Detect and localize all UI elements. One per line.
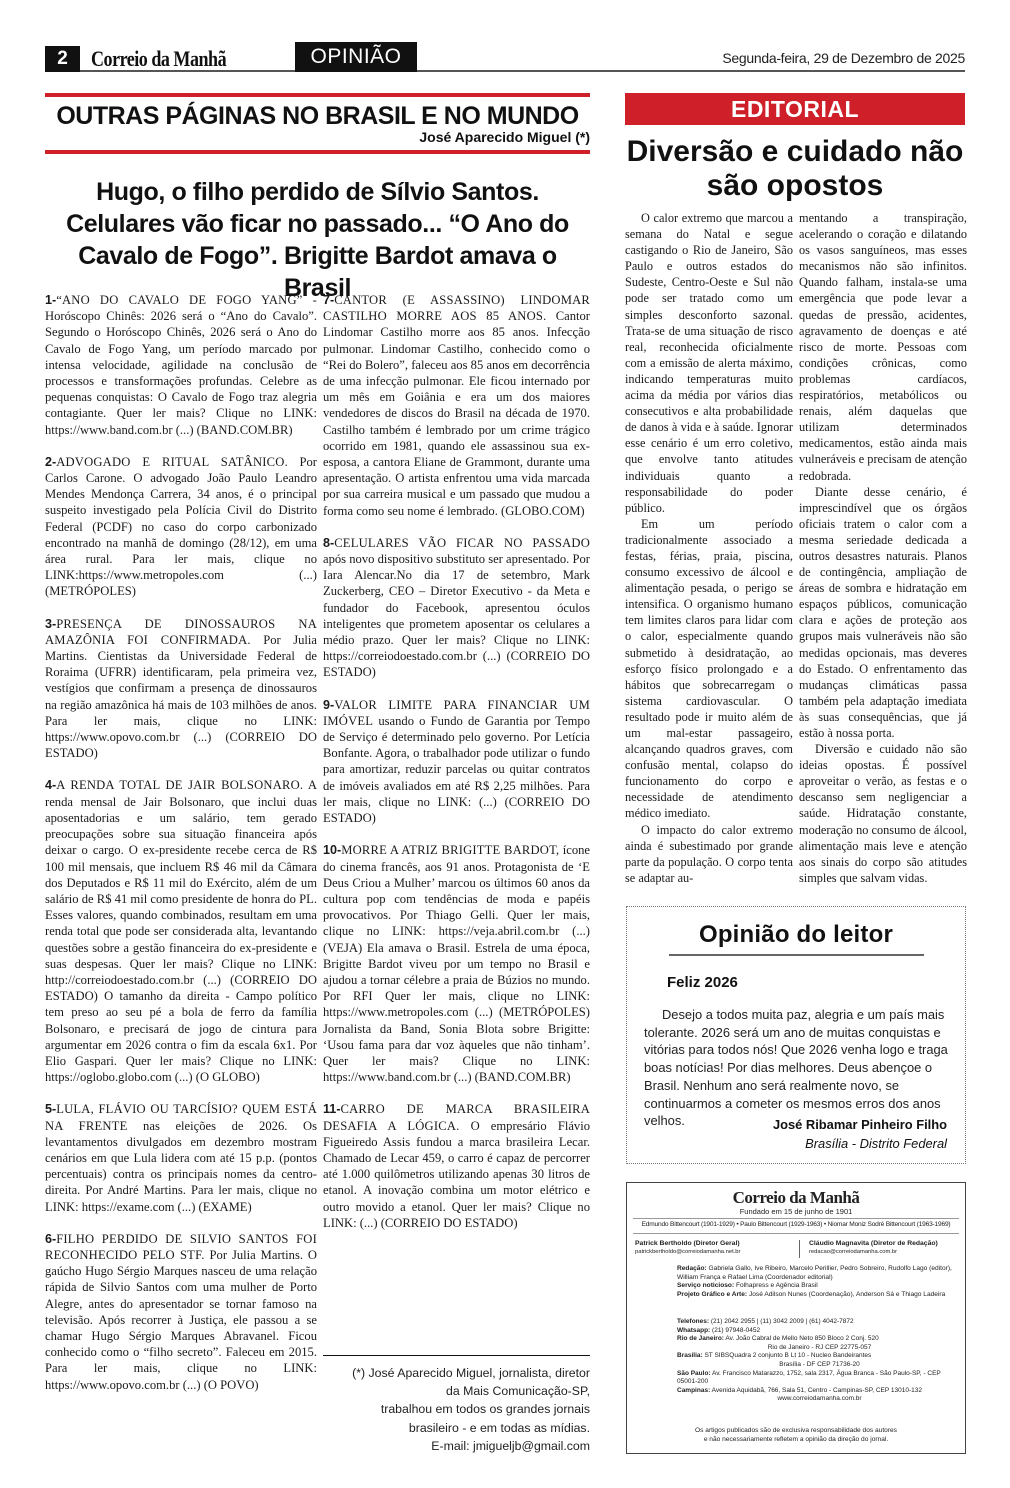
news-item-headline: Advogado e ritual satânico. xyxy=(56,455,288,469)
contact-line-text: Brasília - DF CEP 71736-20 xyxy=(779,1361,859,1368)
masthead: 2 Correio da Manhã OPINIÃO Segunda-feira… xyxy=(45,46,965,72)
letter-subject: Feliz 2026 xyxy=(667,974,738,991)
editorial-paragraph: O calor extremo que marcou a semana do N… xyxy=(625,210,793,516)
contact-line-text: Av. Francisco Matarazzo, 1752, sala 2317… xyxy=(677,1370,941,1386)
director-general: Patrick Bertholdo (Diretor Geral) patric… xyxy=(635,1239,740,1257)
news-item-headline: Celulares vão ficar no passado xyxy=(334,536,590,550)
news-item-number: 8- xyxy=(323,536,334,550)
section-tag: OPINIÃO xyxy=(295,42,417,72)
news-item-body: Horóscopo Chinês: 2026 será o “Ano do Ca… xyxy=(45,309,317,436)
news-item: 9-Valor limite para financiar um imóvel … xyxy=(323,697,590,827)
director-general-title: Patrick Bertholdo (Diretor Geral) xyxy=(635,1239,740,1248)
staff-line: Projeto Gráfico e Arte: José Adilson Nun… xyxy=(677,1291,962,1300)
news-item-number: 2- xyxy=(45,455,56,469)
news-item-number: 11- xyxy=(323,1102,341,1116)
contact-line: www.correiodamanha.com.br xyxy=(677,1395,962,1404)
disclaimer-line: e não necessariamente refletem a opinião… xyxy=(627,1435,965,1444)
contact-line-text[interactable]: www.correiodamanha.com.br xyxy=(777,1395,861,1402)
news-item: 8-Celulares vão ficar no passado após no… xyxy=(323,535,590,681)
contact-line: Telefones: (21) 2042 2955 | (11) 3042 20… xyxy=(677,1318,962,1327)
letter-body: Desejo a todos muita paz, alegria e um p… xyxy=(644,1006,954,1130)
staff-list: Redação: Gabriela Gallo, Ive Ribeiro, Ma… xyxy=(677,1265,962,1299)
contact-line: Rio de Janeiro: Av. João Cabral de Mello… xyxy=(677,1335,962,1344)
editorial-paragraph: Diversão e cuidado não são ideias oposta… xyxy=(799,741,967,886)
reader-opinion-title: Opinião do leitor xyxy=(627,921,965,949)
footnote-line: da Mais Comunicação-SP, xyxy=(323,1382,590,1400)
contact-line-label: Campinas: xyxy=(677,1387,710,1394)
news-item-number: 10- xyxy=(323,843,341,857)
letter-city: Brasília - Distrito Federal xyxy=(805,1136,947,1151)
news-item: 3-Presença de dinossauros na Amazônia fo… xyxy=(45,616,317,762)
founded-date: Fundado em 15 de junho de 1901 xyxy=(627,1207,965,1216)
disclaimer: Os artigos publicados são de exclusiva r… xyxy=(627,1426,965,1444)
reader-title-rule xyxy=(669,954,924,956)
news-item-body: Por Carlos Carone. O advogado João Paulo… xyxy=(45,455,317,599)
contact-line: Brasília - DF CEP 71736-20 xyxy=(677,1361,962,1370)
director-newsroom-title: Cláudio Magnavita (Diretor de Redação) xyxy=(809,1239,938,1248)
contact-line-text: ST SIBSQuadra 2 conjunto B Lt 10 - Nucle… xyxy=(703,1352,872,1359)
news-item-body: após novo dispositivo substituto ser apr… xyxy=(323,552,590,679)
news-item-number: 6- xyxy=(45,1232,56,1246)
red-rule-bottom xyxy=(45,150,590,154)
staff-line-label: Projeto Gráfico e Arte: xyxy=(677,1291,747,1298)
staff-line-label: Serviço noticioso: xyxy=(677,1282,734,1289)
news-item-number: 7- xyxy=(323,293,334,307)
contact-line-text: Avenida Aquidabã, 766, Sala 51, Centro -… xyxy=(710,1387,922,1394)
staff-line: Serviço noticioso: Folhapress e Agência … xyxy=(677,1282,962,1291)
contact-line-label: Brasília: xyxy=(677,1352,703,1359)
editorial-title: Diversão e cuidado não são opostos xyxy=(625,135,965,203)
editorial-banner: EDITORIAL xyxy=(625,93,965,125)
news-item: 7-Cantor (e assassino) Lindomar Castilho… xyxy=(323,292,590,519)
red-rule-top xyxy=(45,93,590,97)
contact-line-label: Rio de Janeiro: xyxy=(677,1335,724,1342)
news-item-body: ícone do cinema francês, aos 91 anos. Pr… xyxy=(323,843,590,1084)
staff-line-text: Gabriela Gallo, Ive Ribeiro, Marcelo Per… xyxy=(677,1265,952,1281)
editorial-paragraph: O impacto do calor extremo ainda é subes… xyxy=(625,822,793,886)
disclaimer-line: Os artigos publicados são de exclusiva r… xyxy=(627,1426,965,1435)
news-item: 1-“Ano do Cavalo de Fogo Yang” - Horósco… xyxy=(45,292,317,438)
news-item-headline: Morre a atriz Brigitte Bardot, xyxy=(341,843,559,857)
staff-line: Redação: Gabriela Gallo, Ive Ribeiro, Ma… xyxy=(677,1265,962,1282)
news-item-body: A renda mensal de Jair Bolsonaro, que in… xyxy=(45,778,317,1084)
contact-line-label: São Paulo: xyxy=(677,1370,711,1377)
news-item: 4-A renda total de Jair Bolsonaro. A ren… xyxy=(45,777,317,1085)
news-item-body: O empresário Flávio Figueiredo Assis fun… xyxy=(323,1119,590,1230)
director-newsroom: Cláudio Magnavita (Diretor de Redação) r… xyxy=(809,1239,938,1257)
contact-line-text: (21) 2042 2955 | (11) 3042 2009 | (61) 4… xyxy=(709,1318,854,1325)
news-item-number: 9- xyxy=(323,698,334,712)
news-item-number: 3- xyxy=(45,617,56,631)
paper-name: Correio da Manhã xyxy=(91,46,226,72)
contacts-list: Telefones: (21) 2042 2955 | (11) 3042 20… xyxy=(677,1318,962,1404)
column-title: OUTRAS PÁGINAS NO BRASIL E NO MUNDO xyxy=(45,100,590,132)
news-item-body: usando o Fundo de Garantia por Tempo de … xyxy=(323,714,590,825)
news-item-body: Por Julia Martins. O gaúcho Hugo Sérgio … xyxy=(45,1248,317,1392)
column-deck: Hugo, o filho perdido de Sílvio Santos. … xyxy=(45,176,590,304)
expediente-paper-name: Correio da Manhã xyxy=(627,1188,965,1208)
author-footnote: (*) José Aparecido Miguel, jornalista, d… xyxy=(323,1355,590,1455)
divider xyxy=(633,1233,959,1234)
staff-line-text: Folhapress e Agência Brasil xyxy=(734,1282,818,1289)
director-newsroom-email[interactable]: redacao@correiodamanha.com.br xyxy=(809,1248,938,1257)
contact-line-text: Av. João Cabral de Mello Neto 850 Bloco … xyxy=(724,1335,879,1342)
news-item-number: 5- xyxy=(45,1102,56,1116)
editorial-paragraph: mentando a transpiração, acelerando o co… xyxy=(799,210,967,484)
contact-line-text: (21) 97948-0452 xyxy=(710,1327,760,1334)
news-item-number: 4- xyxy=(45,778,56,792)
news-item: 6-Filho perdido de Silvio Santos foi rec… xyxy=(45,1231,317,1393)
founders-line: Edmundo Bittencourt (1901-1929) • Paulo … xyxy=(627,1221,965,1228)
contact-line: Rio de Janeiro - RJ CEP 22775-057 xyxy=(677,1344,962,1353)
divider xyxy=(633,1218,959,1219)
staff-line-text: José Adilson Nunes (Coordenação), Anders… xyxy=(747,1291,945,1298)
vertical-divider xyxy=(799,1240,800,1258)
news-item: 2-Advogado e ritual satânico. Por Carlos… xyxy=(45,454,317,600)
news-item: 11-Carro de marca brasileira desafia a l… xyxy=(323,1101,590,1231)
expediente-box: Correio da Manhã Fundado em 15 de junho … xyxy=(626,1182,966,1454)
page-number: 2 xyxy=(45,46,80,72)
news-item: 10-Morre a atriz Brigitte Bardot, ícone … xyxy=(323,842,590,1085)
letter-author: José Ribamar Pinheiro Filho xyxy=(773,1117,947,1132)
director-general-email[interactable]: patrickbertholdo@correiodamanha.net.br xyxy=(635,1248,740,1257)
column-byline: José Aparecido Miguel (*) xyxy=(419,129,590,145)
news-item-body: Cantor Lindomar Castilho morre aos 85 an… xyxy=(323,309,590,517)
editorial-column-1: O calor extremo que marcou a semana do N… xyxy=(625,210,793,886)
contact-line: Campinas: Avenida Aquidabã, 766, Sala 51… xyxy=(677,1387,962,1396)
news-column-2: 7-Cantor (e assassino) Lindomar Castilho… xyxy=(323,292,590,1247)
issue-date: Segunda-feira, 29 de Dezembro de 2025 xyxy=(722,50,965,66)
footnote-line: E-mail: jmigueljb@gmail.com xyxy=(323,1437,590,1455)
contact-line-text: Rio de Janeiro - RJ CEP 22775-057 xyxy=(768,1344,872,1351)
news-item-headline: “Ano do Cavalo de Fogo Yang” - xyxy=(56,293,317,307)
news-column-1: 1-“Ano do Cavalo de Fogo Yang” - Horósco… xyxy=(45,292,317,1409)
contact-line-label: Telefones: xyxy=(677,1318,709,1325)
footnote-line: trabalhou em todos os grandes jornais xyxy=(323,1400,590,1418)
news-item-number: 1- xyxy=(45,293,56,307)
contact-line-label: Whatsapp: xyxy=(677,1327,710,1334)
editorial-column-2: mentando a transpiração, acelerando o co… xyxy=(799,210,967,886)
news-item: 5-Lula, Flávio ou Tarcísio? Quem está na… xyxy=(45,1101,317,1214)
editorial-paragraph: Em um período tradicionalmente associado… xyxy=(625,516,793,822)
contact-line: Whatsapp: (21) 97948-0452 xyxy=(677,1327,962,1336)
contact-line: Brasília: ST SIBSQuadra 2 conjunto B Lt … xyxy=(677,1352,962,1361)
staff-line-label: Redação: xyxy=(677,1265,707,1272)
footnote-line: (*) José Aparecido Miguel, jornalista, d… xyxy=(323,1364,590,1382)
news-item-body: Por Julia Martins. Cientistas da Univers… xyxy=(45,633,317,760)
editorial-paragraph: Diante desse cenário, é imprescindível q… xyxy=(799,484,967,742)
contact-line: São Paulo: Av. Francisco Matarazzo, 1752… xyxy=(677,1370,962,1387)
reader-opinion-box: Opinião do leitor Feliz 2026 Desejo a to… xyxy=(626,906,966,1164)
news-item-headline: A renda total de Jair Bolsonaro. xyxy=(56,778,303,792)
footnote-line: brasileiro - e em todas as mídias. xyxy=(323,1419,590,1437)
